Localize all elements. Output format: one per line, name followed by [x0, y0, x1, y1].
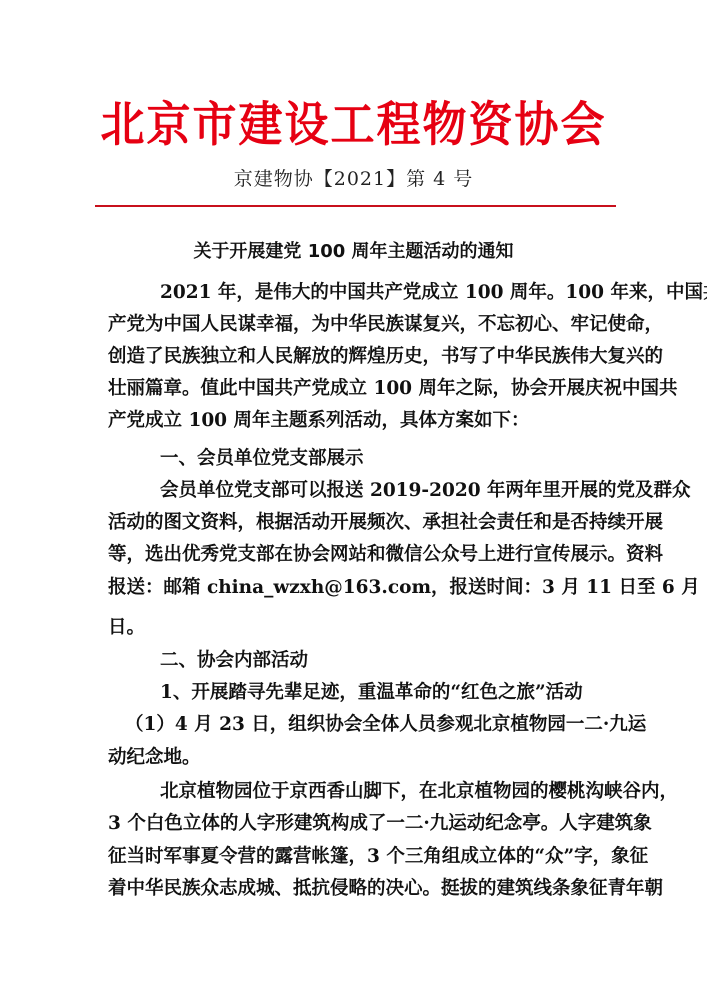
subsection-heading-1: 1、开展踏寻先辈足迹，重温革命的“红色之旅”活动: [160, 677, 600, 709]
organization-title: 北京市建设工程物资协会: [0, 94, 707, 159]
body-line: 产党为中国人民谋幸福，为中华民族谋复兴，不忘初心、牢记使命，: [108, 309, 600, 341]
body-line: 2021 年，是伟大的中国共产党成立 100 周年。100 年来，中国共: [160, 277, 600, 309]
body-line: 征当时军事夏令营的露营帐篷，3 个三角组成立体的“众”字，象征: [108, 841, 600, 873]
document-number: 京建物协【2021】第 4 号: [0, 164, 707, 194]
body-line: 创造了民族独立和人民解放的辉煌历史，书写了中华民族伟大复兴的: [108, 341, 600, 373]
body-line: 着中华民族众志成城、抵抗侵略的决心。挺拔的建筑线条象征青年朝: [108, 873, 600, 905]
document-page: 北京市建设工程物资协会 京建物协【2021】第 4 号 关于开展建党 100 周…: [0, 0, 707, 1000]
body-line: 动纪念地。: [108, 742, 600, 774]
section-heading-2: 二、协会内部活动: [160, 645, 600, 677]
body-line: 产党成立 100 周年主题系列活动，具体方案如下：: [108, 405, 600, 437]
body-line: （1）4 月 23 日，组织协会全体人员参观北京植物园一二·九运: [125, 709, 600, 741]
body-line-contact: 报送：邮箱 china_wzxh@163.com，报送时间：3 月 11 日至 …: [108, 572, 600, 604]
body-line: 会员单位党支部可以报送 2019-2020 年两年里开展的党及群众: [160, 475, 600, 507]
body-line: 壮丽篇章。值此中国共产党成立 100 周年之际，协会开展庆祝中国共: [108, 373, 600, 405]
section-heading-1: 一、会员单位党支部展示: [160, 443, 600, 475]
body-line: 活动的图文资料，根据活动开展频次、承担社会责任和是否持续开展: [108, 507, 600, 539]
body-line: 等，选出优秀党支部在协会网站和微信公众号上进行宣传展示。资料: [108, 539, 600, 571]
notice-heading: 关于开展建党 100 周年主题活动的通知: [0, 237, 707, 267]
red-header-rule: [95, 205, 616, 207]
body-line: 日。: [108, 612, 600, 644]
body-line: 北京植物园位于京西香山脚下，在北京植物园的樱桃沟峡谷内，: [160, 776, 600, 808]
body-line: 3 个白色立体的人字形建筑构成了一二·九运动纪念亭。人字建筑象: [108, 808, 600, 840]
